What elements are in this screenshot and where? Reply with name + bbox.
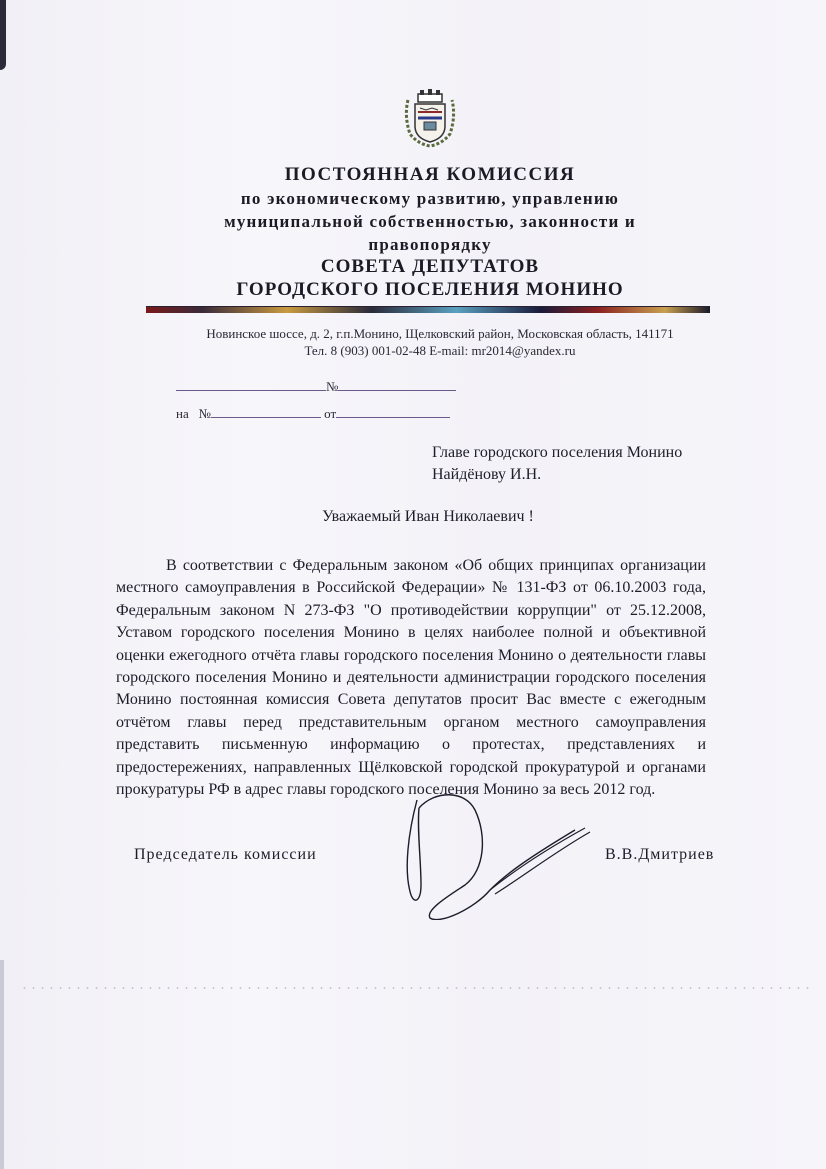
- postal-address: Новинское шоссе, д. 2, г.п.Монино, Щелко…: [140, 325, 740, 342]
- letterhead-divider: [146, 306, 710, 313]
- letterhead: ПОСТОЯННАЯ КОМИССИЯ по экономическому ра…: [130, 163, 730, 302]
- phone-email: Тел. 8 (903) 001-02-48 E-mail: mr2014@ya…: [140, 342, 740, 359]
- signatory-name: В.В.Дмитриев: [605, 846, 714, 864]
- reply-prefix: на: [176, 406, 189, 421]
- number-label: №: [326, 379, 338, 394]
- number-blank: [338, 378, 456, 391]
- commission-subtitle-line-1: по экономическому развитию, управлению: [130, 187, 730, 210]
- scan-edge: [0, 960, 4, 1169]
- letter-page: ПОСТОЯННАЯ КОМИССИЯ по экономическому ра…: [0, 0, 826, 1169]
- scan-corner-mark: [0, 0, 6, 70]
- reply-number-label: №: [198, 406, 210, 421]
- salutation: Уважаемый Иван Николаевич !: [0, 508, 826, 526]
- outgoing-reference: №: [176, 378, 456, 395]
- letter-body: В соответствии с Федеральным законом «Об…: [116, 555, 706, 801]
- town-name: ГОРОДСКОГО ПОСЕЛЕНИЯ МОНИНО: [130, 278, 730, 302]
- reply-number-blank: [211, 405, 321, 418]
- scan-artifact-line: [20, 987, 810, 989]
- reply-date-blank: [336, 405, 450, 418]
- commission-subtitle-line-3: правопорядку: [130, 233, 730, 256]
- commission-title: ПОСТОЯННАЯ КОМИССИЯ: [130, 163, 730, 187]
- signatory-role: Председатель комиссии: [134, 846, 317, 864]
- addressee-title: Главе городского поселения Монино: [432, 442, 682, 464]
- incoming-reference: на № от: [176, 405, 450, 422]
- contact-block: Новинское шоссе, д. 2, г.п.Монино, Щелко…: [140, 325, 740, 359]
- date-label: от: [324, 406, 336, 421]
- coat-of-arms-icon: [398, 86, 462, 150]
- addressee-block: Главе городского поселения Монино Найдён…: [432, 442, 682, 486]
- council-name: СОВЕТА ДЕПУТАТОВ: [130, 256, 730, 278]
- addressee-name: Найдёнову И.Н.: [432, 464, 682, 486]
- handwritten-signature-icon: [395, 790, 635, 920]
- date-blank: [176, 378, 326, 391]
- commission-subtitle-line-2: муниципальной собственностью, законности…: [130, 210, 730, 233]
